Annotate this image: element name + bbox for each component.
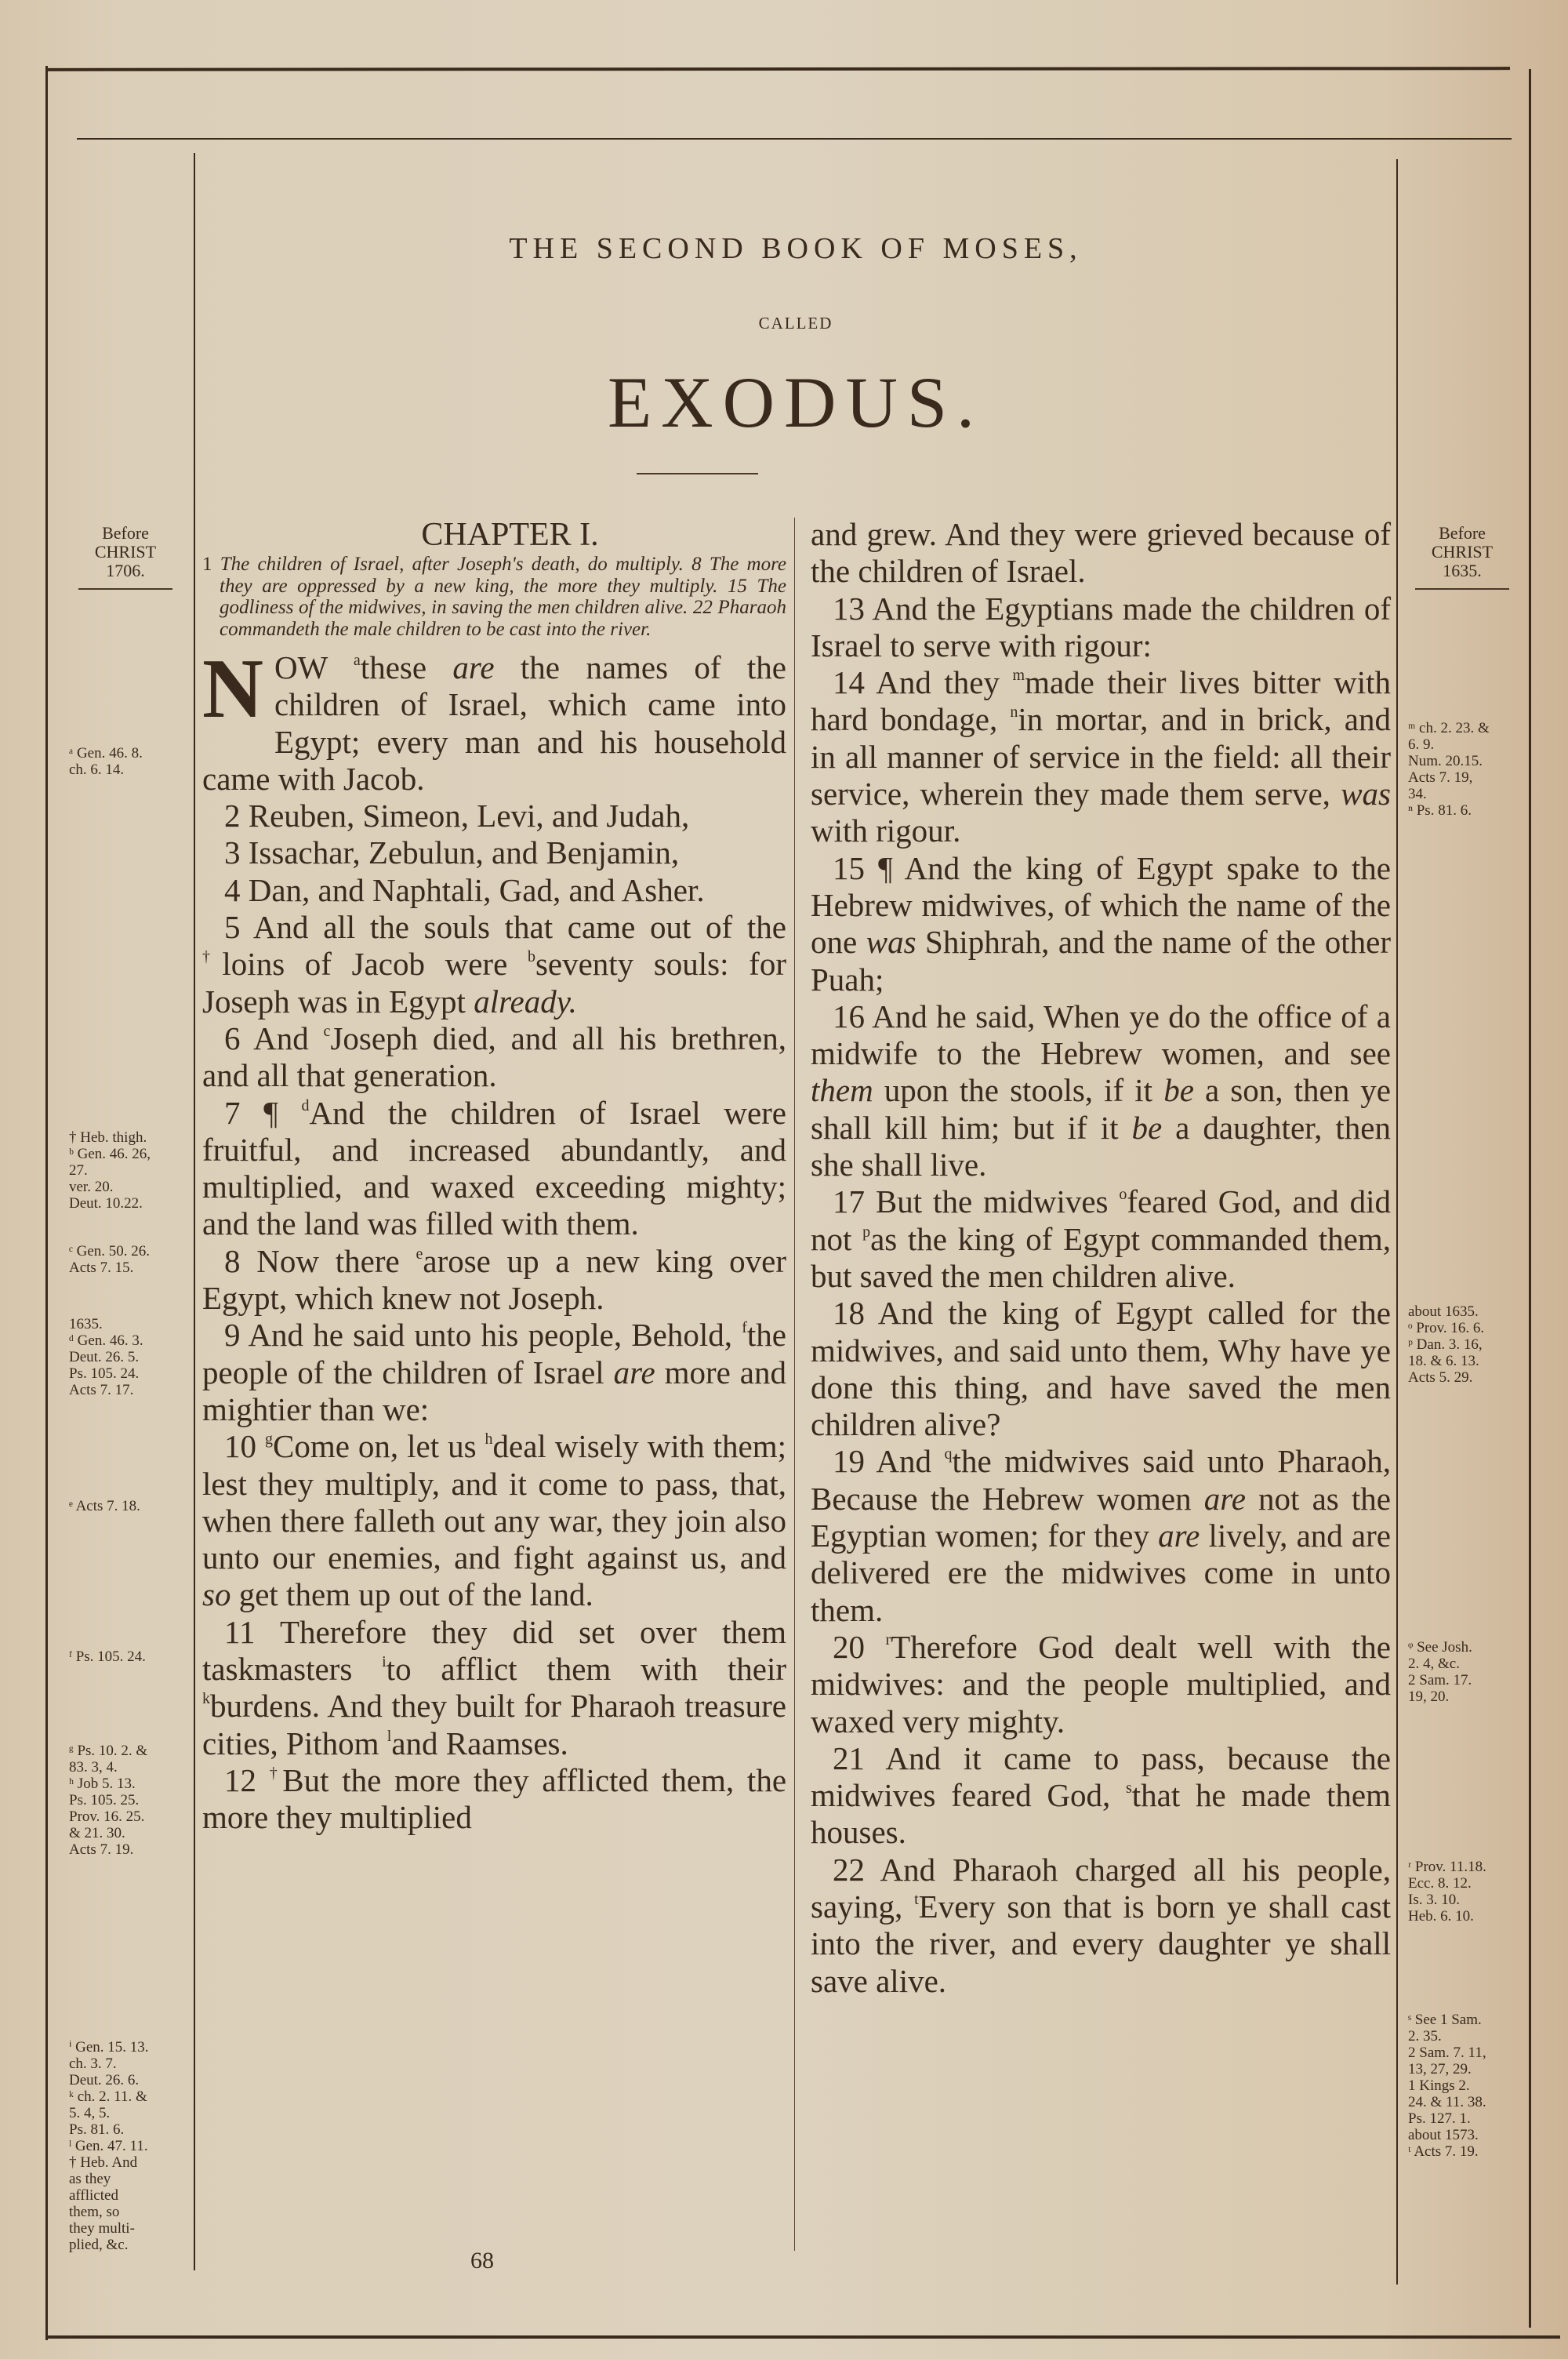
book-title: EXODUS. xyxy=(196,361,1396,444)
chapter-title: CHAPTER I. xyxy=(234,516,786,554)
header-rule xyxy=(77,138,1512,140)
verse-1: NOW athese are the names of the children… xyxy=(202,649,786,798)
cross-reference-note: † Heb. thigh. ᵇ Gen. 46. 26, 27. ver. 20… xyxy=(69,1129,187,1212)
verse-5: 5 And all the souls that came out of the… xyxy=(202,909,786,1020)
christ-label: CHRIST xyxy=(71,543,180,562)
cross-reference-note: ᶜ Gen. 50. 26. Acts 7. 15. xyxy=(69,1243,187,1276)
verse-17: 17 But the midwives ofeared God, and did… xyxy=(811,1183,1391,1295)
year-label: 1706. xyxy=(71,562,180,580)
verse-14: 14 And they mmade their lives bitter wit… xyxy=(811,664,1391,849)
cross-reference-note: ˢ See 1 Sam. 2. 35. 2 Sam. 7. 11, 13, 27… xyxy=(1408,2012,1526,2160)
chapter-summary: 1 The children of Israel, after Joseph's… xyxy=(202,554,786,640)
left-margin-divider xyxy=(194,153,195,2270)
cross-reference-note: ⁱ Gen. 15. 13. ch. 3. 7. Deut. 26. 6. ᵏ … xyxy=(69,2039,187,2253)
title-ornament-rule xyxy=(637,473,758,474)
verse-15: 15 ¶ And the king of Egypt spake to the … xyxy=(811,850,1391,998)
verse-8: 8 Now there earose up a new king over Eg… xyxy=(202,1243,786,1318)
margin-date-left: Before CHRIST 1706. xyxy=(71,524,180,590)
verse-4: 4 Dan, and Naphtali, Gad, and Asher. xyxy=(202,872,786,909)
cross-reference-note: ᵠ See Josh. 2. 4, &c. 2 Sam. 17. 19, 20. xyxy=(1408,1639,1526,1705)
verse-12: 12 †But the more they afflicted them, th… xyxy=(202,1762,786,1837)
before-label: Before xyxy=(1407,524,1517,543)
cross-reference-note: ʳ Prov. 11.18. Ecc. 8. 12. Is. 3. 10. He… xyxy=(1408,1859,1526,1925)
cross-reference-note: ᵐ ch. 2. 23. & 6. 9. Num. 20.15. Acts 7.… xyxy=(1408,720,1526,819)
cross-reference-note: ᵍ Ps. 10. 2. & 83. 3, 4. ʰ Job 5. 13. Ps… xyxy=(69,1743,187,1858)
verse-22: 22 And Pharaoh charged all his people, s… xyxy=(811,1852,1391,2000)
outer-bottom-rule xyxy=(47,2335,1560,2339)
cross-reference-note: ᵉ Acts 7. 18. xyxy=(69,1498,187,1514)
text-column-left: CHAPTER I. 1 The children of Israel, aft… xyxy=(202,516,786,1837)
verse-19: 19 And qthe midwives said unto Pharaoh, … xyxy=(811,1443,1391,1628)
verse-2: 2 Reuben, Simeon, Levi, and Judah, xyxy=(202,798,786,834)
verse-11: 11 Therefore they did set over them task… xyxy=(202,1614,786,1762)
verse-10: 10 gCome on, let us hdeal wisely with th… xyxy=(202,1428,786,1613)
verse-21: 21 And it came to pass, because the midw… xyxy=(811,1740,1391,1852)
outer-top-rule xyxy=(47,67,1510,71)
before-label: Before xyxy=(71,524,180,543)
verse-7: 7 ¶ dAnd the children of Israel were fru… xyxy=(202,1095,786,1243)
verse-6: 6 And cJoseph died, and all his brethren… xyxy=(202,1020,786,1095)
verse-20: 20 rTherefore God dealt well with the mi… xyxy=(811,1629,1391,1740)
column-divider xyxy=(794,518,795,2251)
page-number: 68 xyxy=(470,2248,494,2274)
called-label: CALLED xyxy=(196,314,1396,333)
verse-12-continued: and grew. And they were grieved because … xyxy=(811,516,1391,591)
outer-right-rule xyxy=(1529,69,1531,2328)
verse-9: 9 And he said unto his people, Behold, f… xyxy=(202,1317,786,1428)
verse-18: 18 And the king of Egypt called for the … xyxy=(811,1295,1391,1443)
verse-3: 3 Issachar, Zebulun, and Benjamin, xyxy=(202,834,786,871)
cross-reference-note: ᶠ Ps. 105. 24. xyxy=(69,1648,187,1665)
right-margin-divider xyxy=(1396,159,1398,2284)
christ-label: CHRIST xyxy=(1407,543,1517,562)
cross-reference-note: ᵃ Gen. 46. 8. ch. 6. 14. xyxy=(69,745,187,778)
verse-13: 13 And the Egyptians made the children o… xyxy=(811,591,1391,665)
margin-date-right: Before CHRIST 1635. xyxy=(1407,524,1517,590)
cross-reference-note: 1635. ᵈ Gen. 46. 3. Deut. 26. 5. Ps. 105… xyxy=(69,1316,187,1398)
outer-left-rule xyxy=(45,66,48,2340)
text-column-right: and grew. And they were grieved because … xyxy=(811,516,1391,2000)
drop-cap: N xyxy=(202,654,263,725)
verse-16: 16 And he said, When ye do the office of… xyxy=(811,998,1391,1183)
year-label: 1635. xyxy=(1407,562,1517,580)
cross-reference-note: about 1635. ᵒ Prov. 16. 6. ᵖ Dan. 3. 16,… xyxy=(1408,1303,1526,1386)
book-heading: THE SECOND BOOK OF MOSES, xyxy=(196,231,1396,266)
